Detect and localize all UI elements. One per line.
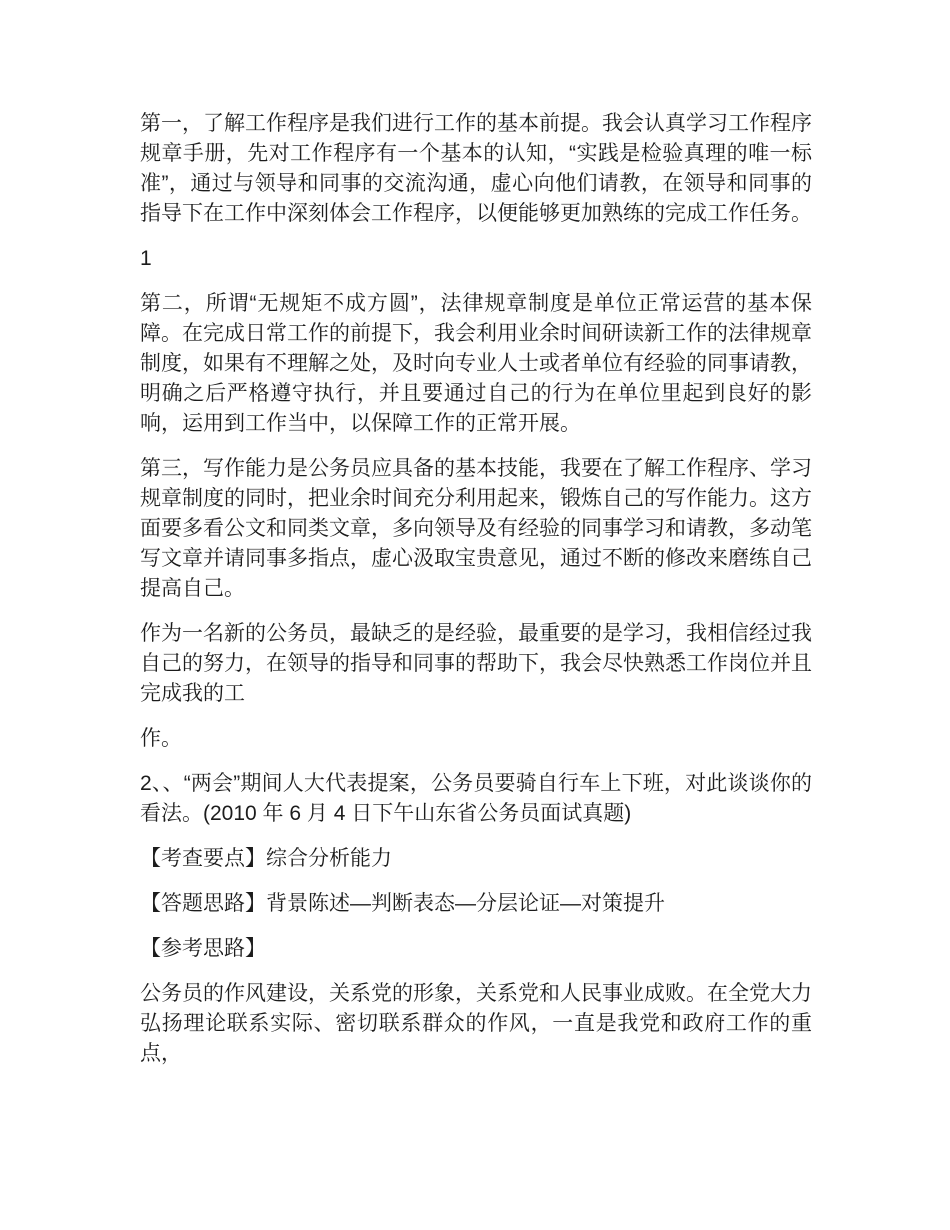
stray-page-number: 1 xyxy=(140,244,812,274)
question-2-heading: 2、、“两会”期间人大代表提案，公务员要骑自行车上下班，对此谈谈你的看法。(20… xyxy=(140,769,812,829)
paragraph-analysis: 公务员的作风建设，关系党的形象，关系党和人民事业成败。在全党大力弘扬理论联系实际… xyxy=(140,979,812,1069)
paragraph-conclusion-continued: 作。 xyxy=(140,724,812,754)
paragraph-conclusion: 作为一名新的公务员，最缺乏的是经验，最重要的是学习，我相信经过我自己的努力，在领… xyxy=(140,619,812,709)
exam-key-points-line: 【考查要点】综合分析能力 xyxy=(140,844,812,874)
document-page: 第一，了解工作程序是我们进行工作的基本前提。我会认真学习工作程序规章手册，先对工… xyxy=(0,0,950,1230)
paragraph-point-2: 第二，所谓“无规矩不成方圆”，法律规章制度是单位正常运营的基本保障。在完成日常工… xyxy=(140,289,812,439)
paragraph-point-3: 第三，写作能力是公务员应具备的基本技能，我要在了解工作程序、学习规章制度的同时，… xyxy=(140,454,812,604)
reference-approach-line: 【参考思路】 xyxy=(140,934,812,964)
answer-approach-line: 【答题思路】背景陈述—判断表态—分层论证—对策提升 xyxy=(140,889,812,919)
paragraph-point-1: 第一，了解工作程序是我们进行工作的基本前提。我会认真学习工作程序规章手册，先对工… xyxy=(140,109,812,229)
